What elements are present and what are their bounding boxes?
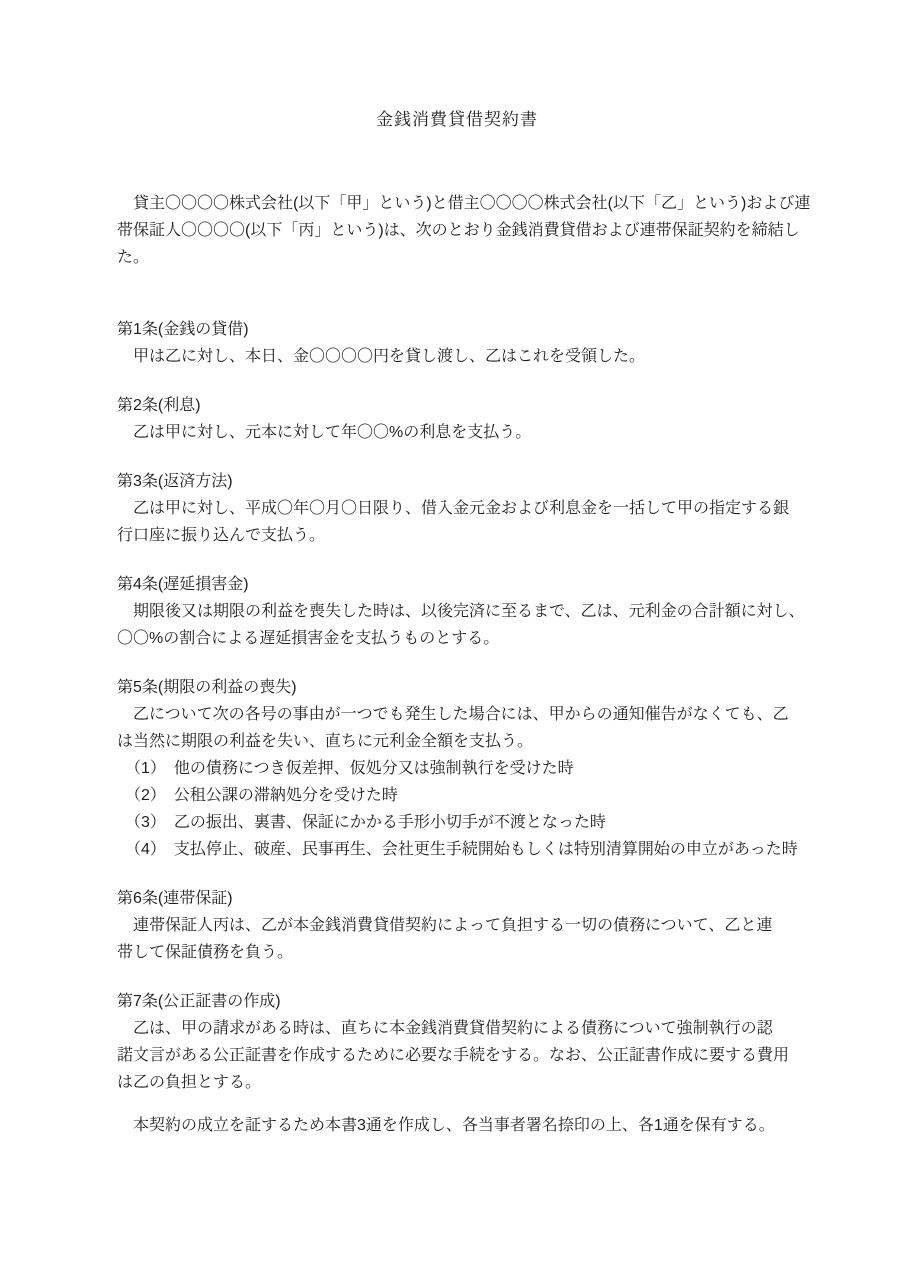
article-3-repayment-method: 第3条(返済方法) 乙は甲に対し、平成〇年〇月〇日限り、借入金元金および利息金を… <box>117 468 797 549</box>
article-line: 連帯保証人丙は、乙が本金銭消費貸借契約によって負担する一切の債務について、乙と連 <box>117 912 797 939</box>
article-heading: 第2条(利息) <box>117 392 797 419</box>
document-title: 金銭消費貸借契約書 <box>117 106 797 133</box>
article-line: 乙は甲に対し、元本に対して年〇〇%の利息を支払う。 <box>117 419 797 446</box>
article-7-notarial-deed: 第7条(公正証書の作成) 乙は、甲の請求がある時は、直ちに本金銭消費貸借契約によ… <box>117 988 797 1096</box>
article-heading: 第5条(期限の利益の喪失) <box>117 674 797 701</box>
article-line: は当然に期限の利益を失い、直ちに元利金全額を支払う。 <box>117 728 797 755</box>
article-heading: 第4条(遅延損害金) <box>117 571 797 598</box>
article-heading: 第3条(返済方法) <box>117 468 797 495</box>
article-1-loan-of-money: 第1条(金銭の貸借) 甲は乙に対し、本日、金〇〇〇〇円を貸し渡し、乙はこれを受領… <box>117 316 797 370</box>
list-item: （3） 乙の振出、裏書、保証にかかる手形小切手が不渡となった時 <box>117 809 797 836</box>
article-heading: 第6条(連帯保証) <box>117 885 797 912</box>
article-line: 〇〇%の割合による遅延損害金を支払うものとする。 <box>117 625 797 652</box>
article-line: 帯して保証債務を負う。 <box>117 939 797 966</box>
closing-paragraph: 本契約の成立を証するため本書3通を作成し、各当事者署名捺印の上、各1通を保有する… <box>117 1112 797 1139</box>
intro-paragraph: 貸主〇〇〇〇株式会社(以下「甲」という)と借主〇〇〇〇株式会社(以下「乙」という… <box>117 190 797 271</box>
intro-line: 貸主〇〇〇〇株式会社(以下「甲」という)と借主〇〇〇〇株式会社(以下「乙」という… <box>117 190 797 217</box>
list-item: （4） 支払停止、破産、民事再生、会社更生手続開始もしくは特別清算開始の申立があ… <box>117 836 797 863</box>
article-line: 乙について次の各号の事由が一つでも発生した場合には、甲からの通知催告がなくても、… <box>117 701 797 728</box>
contract-document-page: 金銭消費貸借契約書 貸主〇〇〇〇株式会社(以下「甲」という)と借主〇〇〇〇株式会… <box>0 0 905 1280</box>
article-line: 甲は乙に対し、本日、金〇〇〇〇円を貸し渡し、乙はこれを受領した。 <box>117 343 797 370</box>
article-2-interest: 第2条(利息) 乙は甲に対し、元本に対して年〇〇%の利息を支払う。 <box>117 392 797 446</box>
intro-line: 帯保証人〇〇〇〇(以下「丙」という)は、次のとおり金銭消費貸借および連帯保証契約… <box>117 217 797 244</box>
article-6-joint-guarantee: 第6条(連帯保証) 連帯保証人丙は、乙が本金銭消費貸借契約によって負担する一切の… <box>117 885 797 966</box>
list-item: （1） 他の債務につき仮差押、仮処分又は強制執行を受けた時 <box>117 755 797 782</box>
article-5-forfeiture-of-benefit-of-time: 第5条(期限の利益の喪失) 乙について次の各号の事由が一つでも発生した場合には、… <box>117 674 797 863</box>
article-4-delay-damages: 第4条(遅延損害金) 期限後又は期限の利益を喪失した時は、以後完済に至るまで、乙… <box>117 571 797 652</box>
intro-line: た。 <box>117 244 797 271</box>
article-line: は乙の負担とする。 <box>117 1069 797 1096</box>
article-line: 乙は、甲の請求がある時は、直ちに本金銭消費貸借契約による債務について強制執行の認 <box>117 1015 797 1042</box>
article-line: 乙は甲に対し、平成〇年〇月〇日限り、借入金元金および利息金を一括して甲の指定する… <box>117 495 797 522</box>
article-line: 期限後又は期限の利益を喪失した時は、以後完済に至るまで、乙は、元利金の合計額に対… <box>117 598 797 625</box>
list-item: （2） 公租公課の滞納処分を受けた時 <box>117 782 797 809</box>
article-heading: 第7条(公正証書の作成) <box>117 988 797 1015</box>
article-line: 諾文言がある公正証書を作成するために必要な手続をする。なお、公正証書作成に要する… <box>117 1042 797 1069</box>
article-line: 行口座に振り込んで支払う。 <box>117 522 797 549</box>
article-heading: 第1条(金銭の貸借) <box>117 316 797 343</box>
